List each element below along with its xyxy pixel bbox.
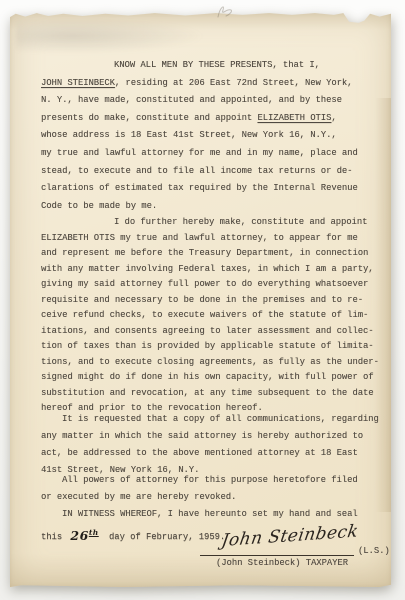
text-line: act, be addressed to the above mentioned…: [41, 445, 377, 462]
typed-name-line: (John Steinbeck) TAXPAYER: [216, 558, 348, 568]
text-line: with any matter involving Federal taxes,…: [41, 262, 377, 278]
text-line: signed might do if done in his own capac…: [41, 370, 377, 386]
text-line: any matter in which the said attorney is…: [41, 428, 377, 445]
seal-label: (L.S.): [358, 546, 390, 556]
pencil-mark: [210, 2, 242, 22]
text-line: I do further hereby make, constitute and…: [41, 215, 377, 231]
signature-handwriting: John Steinbeck: [212, 524, 357, 558]
text-line: ceive refund checks, to execute waivers …: [41, 308, 377, 324]
document-paper: KNOW ALL MEN BY THESE PRESENTS, that I,J…: [10, 12, 391, 587]
text-line: JOHN STEINBECK, residing at 206 East 72n…: [41, 75, 377, 93]
text-line: itations, and consents agreeing to later…: [41, 324, 377, 340]
text-line: IN WITNESS WHEREOF, I have hereunto set …: [41, 506, 377, 523]
signature-name-text: John Steinbeck: [217, 522, 360, 552]
paragraph-2: I do further hereby make, constitute and…: [41, 215, 377, 417]
text-line: KNOW ALL MEN BY THESE PRESENTS, that I,: [41, 57, 377, 75]
text-line: tions, and to execute closing agreements…: [41, 355, 377, 371]
paragraph-3: It is requested that a copy of all commu…: [41, 411, 377, 479]
text-line: N. Y., have made, constituted and appoin…: [41, 92, 377, 110]
handwritten-date: 26th: [70, 528, 98, 543]
document-text: KNOW ALL MEN BY THESE PRESENTS, that I,J…: [10, 12, 391, 587]
text-line: requisite and necessary to be done in th…: [41, 293, 377, 309]
text-line: presents do make, constitute and appoint…: [41, 110, 377, 128]
text-line: giving my said attorney full power to do…: [41, 277, 377, 293]
paragraph-1: KNOW ALL MEN BY THESE PRESENTS, that I,J…: [41, 57, 377, 215]
text-line: It is requested that a copy of all commu…: [41, 411, 377, 428]
text-line: and represent me before the Treasury Dep…: [41, 246, 377, 262]
photo-background: KNOW ALL MEN BY THESE PRESENTS, that I,J…: [0, 0, 405, 600]
text-line: or executed by me are hereby revoked.: [41, 489, 377, 506]
text-line: tion of taxes than is provided by applic…: [41, 339, 377, 355]
text-line: substitution and revocation, at any time…: [41, 386, 377, 402]
paper-shadow: KNOW ALL MEN BY THESE PRESENTS, that I,J…: [10, 12, 391, 587]
text-line: stead, to execute and to file all income…: [41, 163, 377, 181]
text-line: Code to be made by me.: [41, 198, 377, 216]
paragraph-4: All powers of attorney for this purpose …: [41, 472, 377, 506]
signature-block: John Steinbeck (L.S.) (John Steinbeck) T…: [198, 524, 388, 580]
text-line: clarations of estimated tax required by …: [41, 180, 377, 198]
text-line: my true and lawful attorney for me and i…: [41, 145, 377, 163]
signature-line: [200, 555, 354, 556]
text-line: whose address is 18 East 41st Street, Ne…: [41, 127, 377, 145]
text-line: ELIZABETH OTIS my true and lawful attorn…: [41, 231, 377, 247]
text-line: All powers of attorney for this purpose …: [41, 472, 377, 489]
